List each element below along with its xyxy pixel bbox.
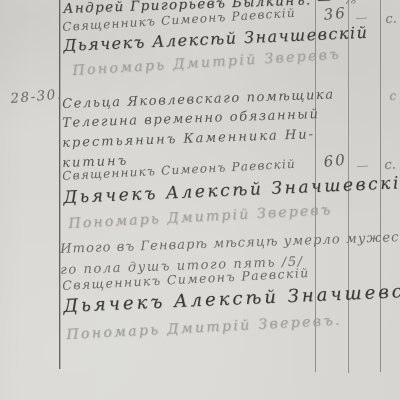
record2-sexton-signature: Пономарь Дмитрій Зверевъ: [68, 203, 333, 231]
record2-age-male: 60: [323, 153, 348, 170]
record2-text-line2: Телегина временно обязанный: [62, 108, 320, 130]
record2-cause-fragment-mid: с: [389, 90, 396, 102]
summary-sexton-signature: Пономарь Дмитрій Зверевъ.: [66, 314, 342, 342]
record2-text-line3: крестьянинъ Каменника Ни-: [62, 128, 315, 150]
column-rule-margin: [59, 0, 60, 369]
record1-age-male: 36: [323, 6, 348, 23]
record2-number: 28-30.: [10, 88, 63, 106]
summary-totals-line1: Итого въ Генварѣ мѣсяцѣ умерло мужеска-: [60, 230, 400, 256]
record2-age-female-dash: —: [356, 159, 369, 172]
record1-cause-fragment: с.: [385, 12, 397, 26]
record2-cause-fragment: с.: [384, 158, 396, 172]
scanned-register-page: ⅞ Андрей Григорьевъ Былкинъ. — 36 — с. С…: [0, 0, 400, 400]
